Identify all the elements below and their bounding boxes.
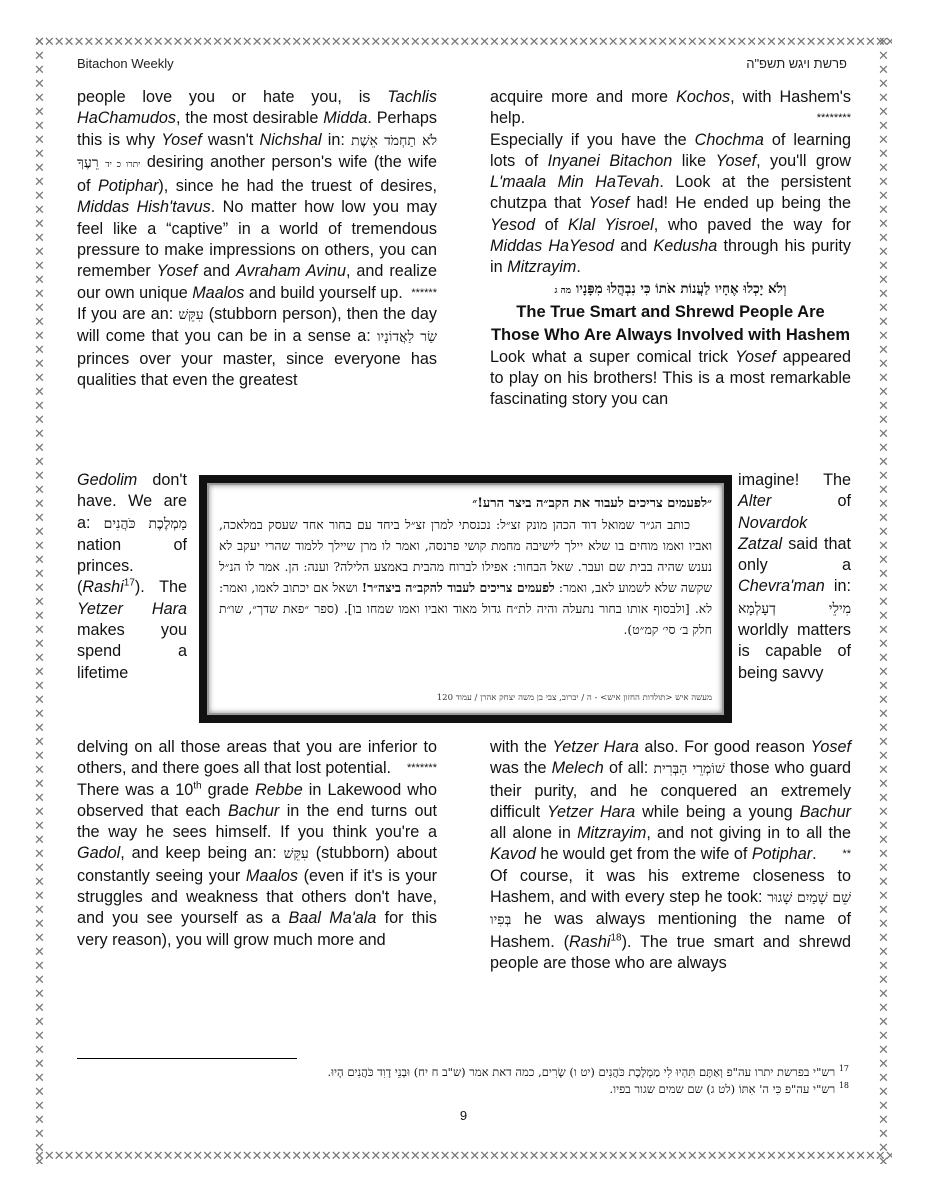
italic-term: Yetzer Hara	[77, 600, 187, 618]
italic-term: Maalos	[192, 284, 244, 302]
italic-term: Rashi	[569, 933, 610, 951]
italic-term: Middas Hish'tavus	[77, 198, 211, 216]
text: If you are an:	[77, 305, 178, 323]
section-separator: **	[842, 844, 851, 865]
paragraph: people love you or hate you, is Tachlis …	[77, 87, 437, 304]
italic-term: Nichshal	[260, 131, 322, 149]
text: and build yourself up.	[244, 284, 402, 302]
right-column-top: acquire more and more Kochos, with Hashe…	[490, 87, 851, 411]
footnote-number: 17	[839, 1064, 849, 1073]
italic-term: Yosef	[589, 194, 630, 212]
text: princes over your master, since everyone…	[77, 350, 437, 389]
text: with the	[490, 738, 552, 756]
italic-term: Kochos	[676, 88, 730, 106]
text: also. For good reason	[639, 738, 811, 756]
text: people love you or hate you, is	[77, 88, 387, 106]
ordinal-suffix: th	[193, 780, 201, 791]
text: in:	[825, 577, 851, 595]
paragraph: If you are an: עִקֵּשׁ (stubborn person)…	[77, 304, 437, 391]
page-border-bottom: ✕✕✕✕✕✕✕✕✕✕✕✕✕✕✕✕✕✕✕✕✕✕✕✕✕✕✕✕✕✕✕✕✕✕✕✕✕✕✕✕…	[34, 1150, 892, 1164]
hebrew-quote: שַׂר לַאֲדוֹנָיו	[377, 329, 437, 345]
section-separator: ********	[817, 108, 851, 129]
left-column-bottom: delving on all those areas that you are …	[77, 737, 437, 951]
text: acquire more and more	[490, 88, 676, 106]
text: Especially if you have the	[490, 131, 695, 149]
hebrew-verse: וְלֹא יָכְלוּ אֶחָיו לַעֲנוֹת אֹתוֹ כִּי…	[576, 281, 787, 297]
page-number: 9	[0, 1108, 927, 1123]
footnote-text: רש"י עה"פ כִּי ה' אִתּוֹ (לט ג) שם שמים …	[610, 1082, 836, 1096]
paragraph: Look what a super comical trick Yosef ap…	[490, 347, 851, 411]
italic-term: Yosef	[157, 262, 198, 280]
left-column-top: people love you or hate you, is Tachlis …	[77, 87, 437, 391]
right-column-wrap-text: imagine! The Alter of Novardok Zatzal sa…	[738, 470, 851, 684]
italic-term: Kavod	[490, 845, 536, 863]
page-border-top: ✕✕✕✕✕✕✕✕✕✕✕✕✕✕✕✕✕✕✕✕✕✕✕✕✕✕✕✕✕✕✕✕✕✕✕✕✕✕✕✕…	[34, 36, 892, 50]
italic-term: Yetzer Hara	[552, 738, 639, 756]
left-column-wrap-text: Gedolim don't have. We are a: מַמְלֶכֶת …	[77, 470, 187, 684]
text: delving on all those areas that you are …	[77, 738, 437, 777]
italic-term: Maalos	[246, 867, 298, 885]
italic-term: Baal Ma'ala	[289, 909, 377, 927]
footnote-text: רש"י בפרשת יתרו עה"פ וְאַתֶּם תִּהְיוּ ל…	[327, 1065, 835, 1079]
footnotes: 17 רש"י בפרשת יתרו עה"פ וְאַתֶּם תִּהְיו…	[90, 1064, 849, 1098]
paragraph: acquire more and more Kochos, with Hashe…	[490, 87, 851, 130]
inset-story-title: ״לפעמים צריכים לעבוד את הקב״ה ביצר הרע!״	[219, 493, 712, 514]
verse-reference: מה ג	[555, 286, 572, 296]
text: makes you spend a lifetime	[77, 621, 187, 682]
footnote-separator	[77, 1058, 297, 1059]
text: of all:	[604, 759, 654, 777]
italic-term: Middas HaYesod	[490, 237, 614, 255]
italic-term: Klal Yisroel	[568, 216, 654, 234]
text: and	[197, 262, 236, 280]
text: .	[812, 845, 817, 863]
text: and	[614, 237, 653, 255]
text: had! He ended up being the	[629, 194, 851, 212]
text: all alone in	[490, 824, 577, 842]
italic-term: Yosef	[161, 131, 202, 149]
footnote-number: 18	[839, 1081, 849, 1090]
text: ), since he had the truest of desires,	[158, 177, 437, 195]
text: , and not giving in to all the	[646, 824, 851, 842]
italic-term: Potiphar	[98, 177, 158, 195]
text: while being a young	[635, 803, 800, 821]
hebrew-quote: עִקֵּשׁ	[284, 846, 309, 862]
italic-term: Gedolim	[77, 471, 137, 489]
right-column-bottom: with the Yetzer Hara also. For good reas…	[490, 737, 851, 974]
text: There was a 10	[77, 781, 193, 799]
inset-story-content: ״לפעמים צריכים לעבוד את הקב״ה ביצר הרע!״…	[207, 483, 724, 715]
italic-term: Melech	[552, 759, 604, 777]
text: .	[576, 258, 581, 276]
text: like	[672, 152, 715, 170]
italic-term: Bachur	[228, 802, 279, 820]
text: imagine! The	[738, 471, 851, 489]
text: ). The	[135, 578, 187, 596]
page-border-left: ✕✕✕✕✕✕✕✕✕✕✕✕✕✕✕✕✕✕✕✕✕✕✕✕✕✕✕✕✕✕✕✕✕✕✕✕✕✕✕✕…	[34, 36, 48, 1164]
paragraph: Of course, it was his extreme closeness …	[490, 866, 851, 974]
italic-term: Midda	[323, 109, 367, 127]
footnote-ref[interactable]: 17	[124, 578, 135, 589]
text: , you'll grow	[756, 152, 851, 170]
inset-story-box: ״לפעמים צריכים לעבוד את הקב״ה ביצר הרע!״…	[199, 475, 732, 723]
text: Look what a super comical trick	[490, 348, 735, 366]
text: of	[535, 216, 568, 234]
italic-term: Chochma	[695, 131, 764, 149]
italic-term: Yosef	[716, 152, 757, 170]
footnote-ref[interactable]: 18	[610, 932, 621, 943]
italic-term: Yosef	[735, 348, 776, 366]
italic-term: Avraham Avinu	[236, 262, 346, 280]
italic-term: Alter	[738, 492, 771, 510]
italic-term: Bachur	[800, 803, 851, 821]
inset-story-body: כותב הג״ר שמואל דוד הכהן מונק זצ״ל: נכנס…	[219, 514, 712, 640]
text: , the most desirable	[176, 109, 323, 127]
italic-term: L'maala Min HaTevah	[490, 173, 659, 191]
italic-term: Yetzer Hara	[547, 803, 635, 821]
hebrew-quote: מַמְלֶכֶת כֹּהֲנִים	[104, 516, 187, 532]
text: of	[771, 492, 851, 510]
italic-term: Inyanei Bitachon	[548, 152, 673, 170]
paragraph: delving on all those areas that you are …	[77, 737, 437, 780]
hebrew-quote: מִילֵי דְעָלְמָא	[738, 601, 851, 617]
italic-term: Chevra'man	[738, 577, 825, 595]
text: he would get from the wife of	[536, 845, 752, 863]
text: [ולבסוף אותו בחור נתעלה והיה לת״ח גדול מ…	[348, 601, 690, 616]
section-heading-hebrew: וְלֹא יָכְלוּ אֶחָיו לַעֲנוֹת אֹתוֹ כִּי…	[490, 279, 851, 301]
italic-term: Rebbe	[255, 781, 303, 799]
hebrew-quote: שׁוֹמְרֵי הַבְּרִית	[653, 761, 724, 777]
text: was the	[490, 759, 552, 777]
footnote-17: 17 רש"י בפרשת יתרו עה"פ וְאַתֶּם תִּהְיו…	[90, 1064, 849, 1081]
italic-term: Mitzrayim	[577, 824, 646, 842]
text: , who paved the way for	[654, 216, 851, 234]
inset-story-source: מעשה איש <תולדות החזון איש> - ה / יברוב,…	[219, 688, 712, 709]
footnote-18: 18 רש"י עה"פ כִּי ה' אִתּוֹ (לט ג) שם שמ…	[90, 1081, 849, 1098]
italic-term: Gadol	[77, 844, 120, 862]
bold-quote: לפעמים צריכים לעבוד להקב״ה ביצה״ר!	[362, 580, 555, 595]
italic-term: Rashi	[82, 578, 123, 596]
text: grade	[202, 781, 256, 799]
hebrew-quote: עִקֵּשׁ	[178, 307, 203, 323]
section-separator: *******	[407, 758, 437, 779]
text: wasn't	[202, 131, 260, 149]
italic-term: Yosef	[811, 738, 852, 756]
italic-term: Yesod	[490, 216, 535, 234]
italic-term: Kedusha	[653, 237, 717, 255]
header-parsha-title: פרשת ויגש תשפ"ה	[746, 56, 847, 71]
text: , and keep being an:	[120, 844, 283, 862]
section-separator: ******	[411, 283, 437, 304]
italic-term: Mitzrayim	[507, 258, 576, 276]
text: worldly matters is capable of being savv…	[738, 621, 851, 682]
paragraph: There was a 10th grade Rebbe in Lakewood…	[77, 780, 437, 951]
header-publication-title: Bitachon Weekly	[77, 56, 174, 71]
text: in:	[322, 131, 351, 149]
section-heading: The True Smart and Shrewd People Are Tho…	[490, 301, 851, 347]
italic-term: Potiphar	[752, 845, 812, 863]
page-border-right: ✕✕✕✕✕✕✕✕✕✕✕✕✕✕✕✕✕✕✕✕✕✕✕✕✕✕✕✕✕✕✕✕✕✕✕✕✕✕✕✕…	[878, 36, 892, 1164]
hebrew-reference: יתרו כ יד	[105, 160, 140, 170]
paragraph: with the Yetzer Hara also. For good reas…	[490, 737, 851, 866]
paragraph: Especially if you have the Chochma of le…	[490, 130, 851, 279]
